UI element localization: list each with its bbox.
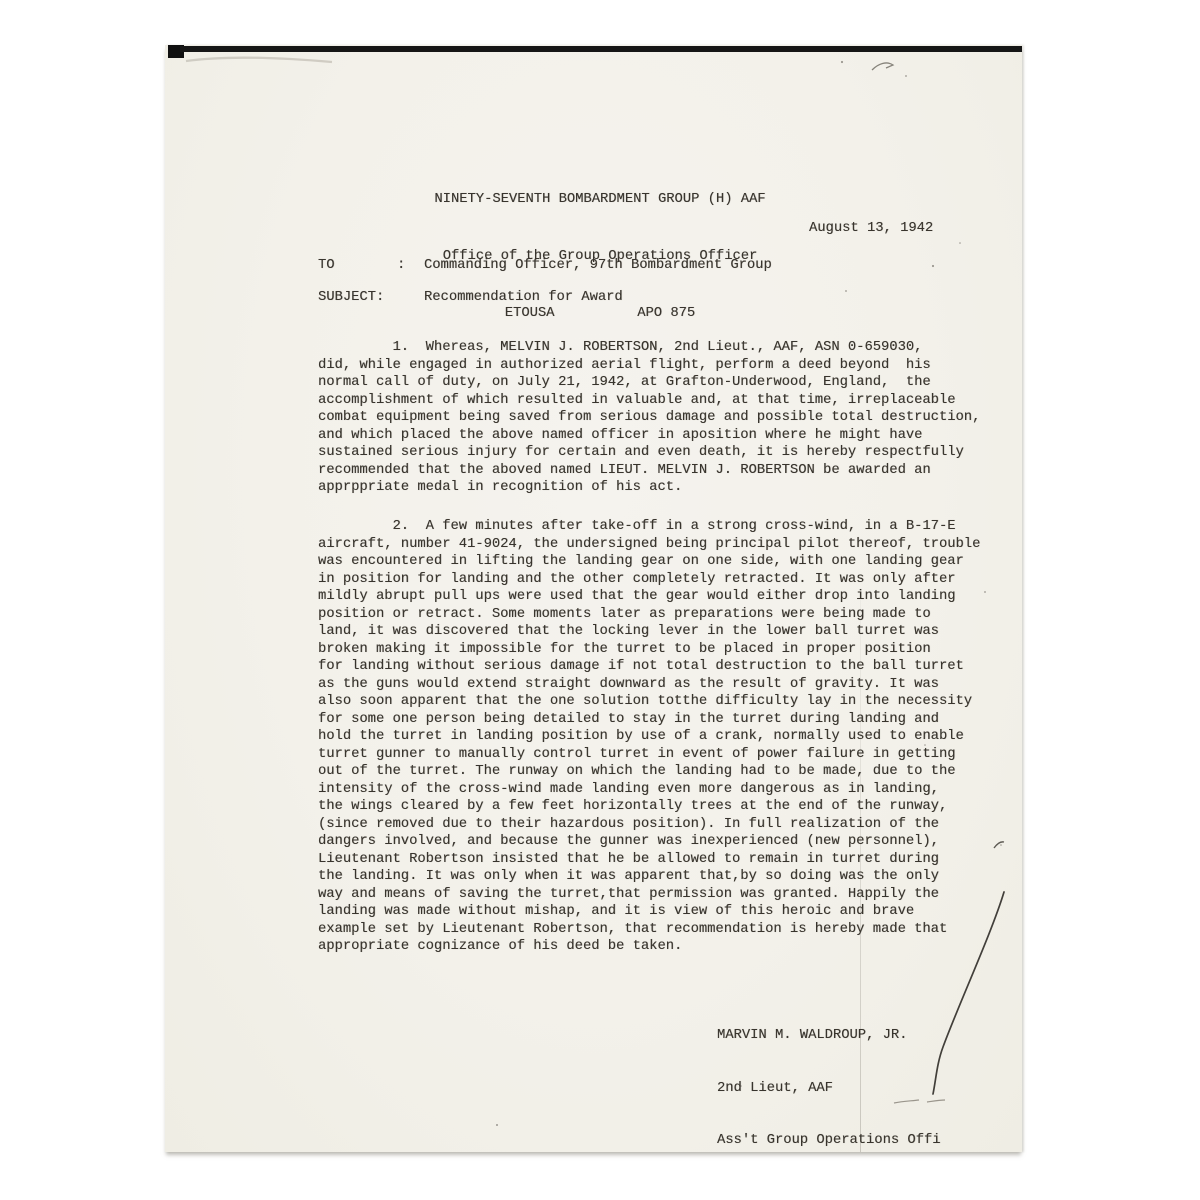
subject-label: SUBJECT: xyxy=(318,289,384,307)
to-label: TO xyxy=(318,257,335,275)
letterhead-org-name: NINETY-SEVENTH BOMBARDMENT GROUP (H) AAF xyxy=(318,190,882,209)
subject-value: Recommendation for Award xyxy=(424,289,623,307)
body-paragraph-1: 1. Whereas, MELVIN J. ROBERTSON, 2nd Lie… xyxy=(318,339,980,497)
letterhead: NINETY-SEVENTH BOMBARDMENT GROUP (H) AAF… xyxy=(318,152,882,342)
body-paragraph-2: 2. A few minutes after take-off in a str… xyxy=(318,518,980,956)
signature-block: MARVIN M. WALDROUP, JR. 2nd Lieut, AAF A… xyxy=(717,992,941,1167)
signature-title: Ass't Group Operations Offi xyxy=(717,1132,941,1150)
scan-edge-artifact-line xyxy=(180,46,1022,52)
to-separator: : xyxy=(397,257,405,275)
to-value: Commanding Officer, 97th Bombardment Gro… xyxy=(424,257,772,275)
scanned-document-viewer: { "colors": { "paper": "#f3f1ea", "ink":… xyxy=(0,0,1200,1200)
letterhead-station-line: ETOUSA APO 875 xyxy=(318,304,882,323)
signature-name: MARVIN M. WALDROUP, JR. xyxy=(717,1027,941,1045)
date-line: August 13, 1942 xyxy=(809,220,933,238)
signature-rank: 2nd Lieut, AAF xyxy=(717,1080,941,1098)
